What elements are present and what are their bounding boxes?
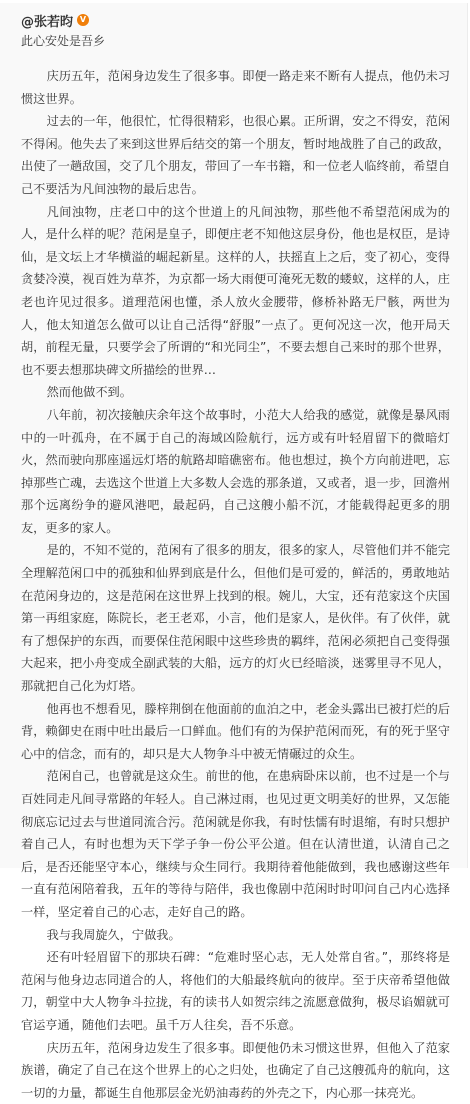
author-line: @张若昀 V (21, 11, 105, 29)
paragraph: 范闲自己，也曾就是这众生。前世的他，在患病卧床以前，也不过是一个与百姓同走凡间寻… (21, 765, 450, 868)
paragraph: 庆历五年，范闲身边发生了很多事。即便一路走来不断有人提点，他仍未习惯这世界。 (21, 65, 450, 110)
post-body: 庆历五年，范闲身边发生了很多事。即便一路走来不断有人提点，他仍未习惯这世界。 过… (21, 65, 450, 868)
paragraph: 是的，不知不觉的，范闲有了很多的朋友，很多的家人，尽管他们并不能完全理解范闲口中… (21, 539, 450, 697)
paragraph: 他再也不想看见，滕梓荆倒在他面前的血泊之中，老金头露出已被打烂的后背，赖御史在雨… (21, 698, 450, 766)
weibo-post-card: @张若昀 V 此心安处是吾乡 庆历五年，范闲身边发生了很多事。即便一路走来不断有… (0, 3, 468, 868)
paragraph: 然而他做不到。 (21, 381, 450, 404)
post-signature: 此心安处是吾乡 (21, 33, 105, 49)
verified-badge-icon: V (77, 14, 89, 26)
paragraph: 凡间浊物，庄老口中的这个世道上的凡间浊物，那些他不希望范闲成为的人，是什么样的呢… (21, 201, 450, 382)
author-name-link[interactable]: @张若昀 (21, 11, 73, 30)
paragraph: 过去的一年，他很忙，忙得很精彩，也很心累。正所谓，安之不得安，范闲不得闲。他失去… (21, 110, 450, 200)
post-header: @张若昀 V 此心安处是吾乡 (21, 11, 105, 49)
paragraph: 八年前，初次接触庆余年这个故事时，小范大人给我的感觉，就像是暴风雨中的一叶孤舟，… (21, 404, 450, 540)
